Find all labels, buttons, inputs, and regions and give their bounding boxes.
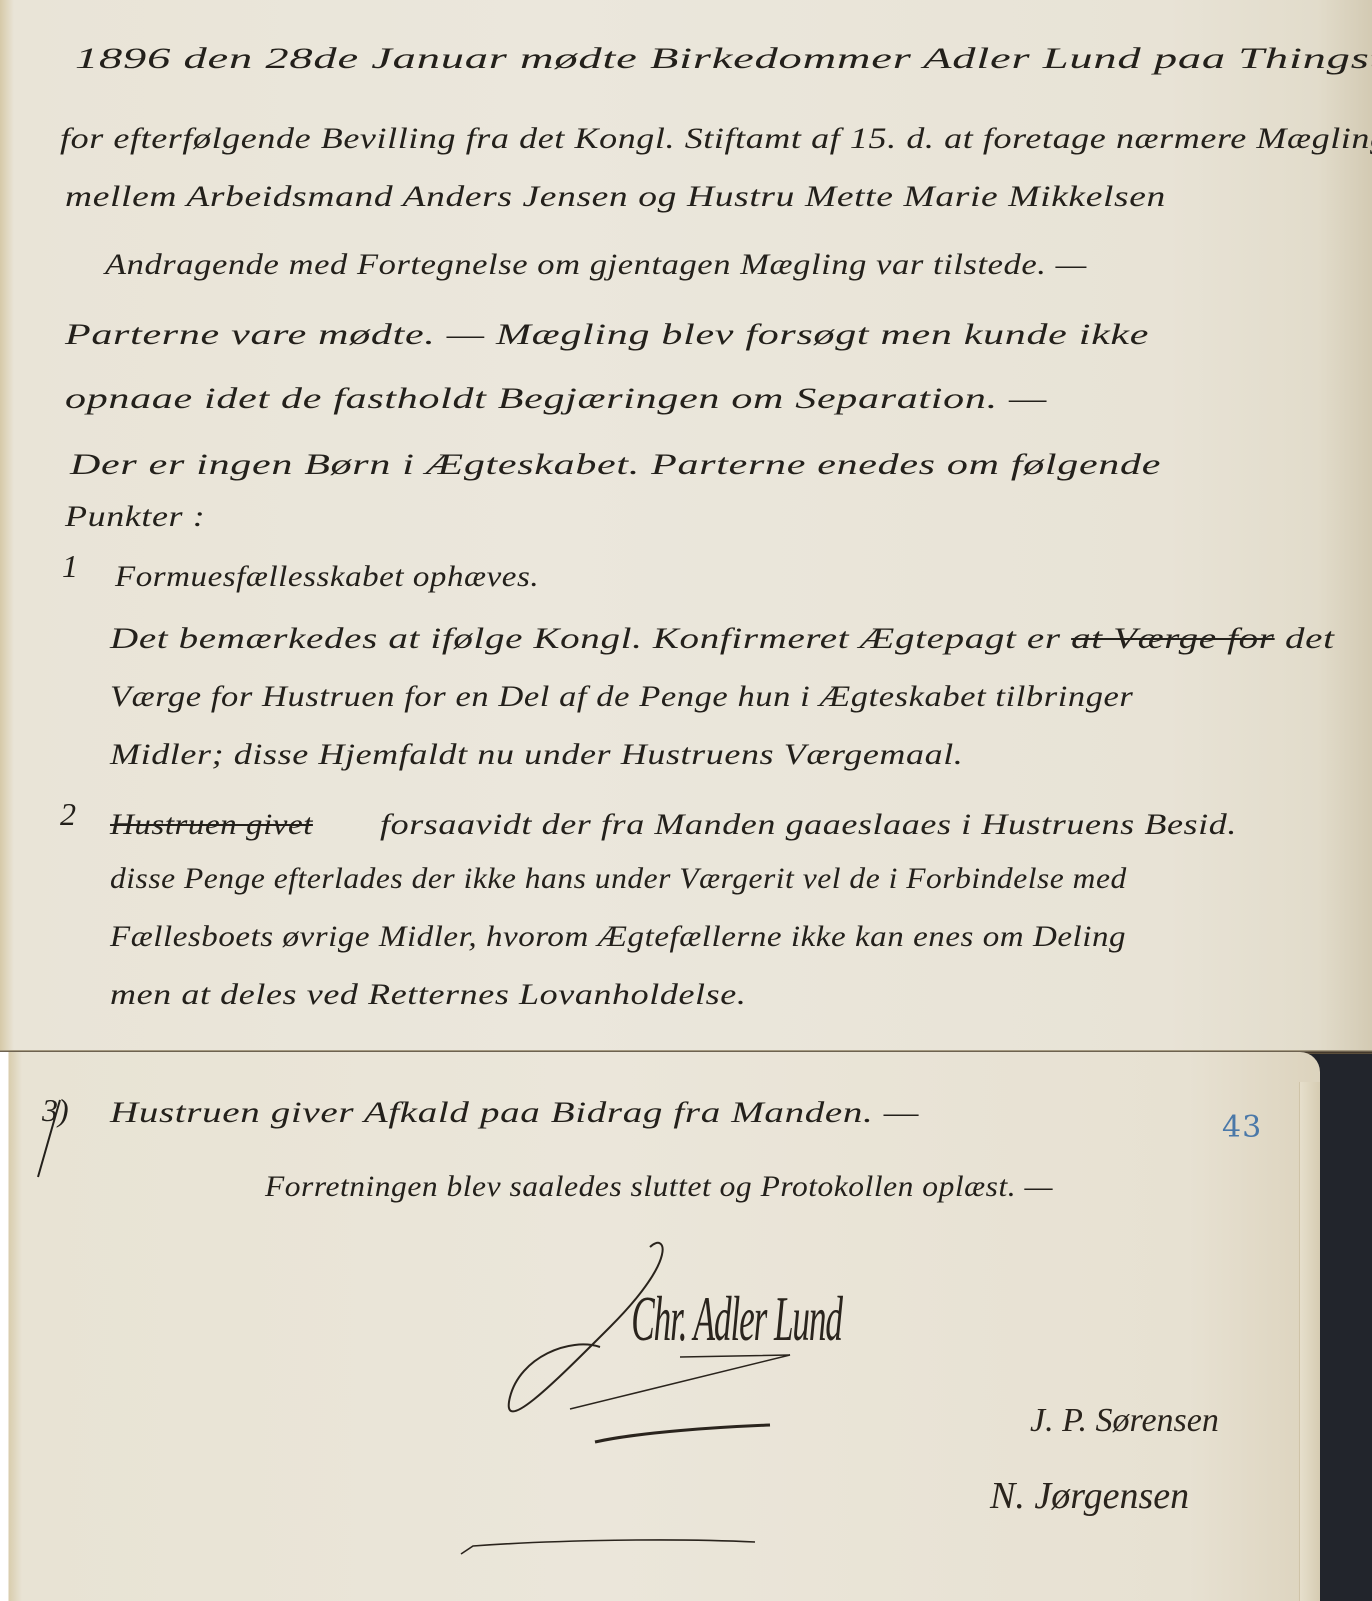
page-number-stamp: 43 — [1222, 1110, 1262, 1145]
margin-item-number-1: 1 — [62, 548, 78, 585]
signature-n-jorgensen: N. Jørgensen — [990, 1474, 1189, 1518]
margin-item-number-2: 2 — [60, 796, 76, 833]
handwritten-line-6: opnaae idet de fastholdt Begjæringen om … — [65, 382, 1047, 416]
handwritten-line-11: Værge for Hustruen for en Del af de Peng… — [110, 680, 1133, 714]
closing-line-flourish — [455, 1522, 775, 1562]
handwritten-line-1: 1896 den 28de Januar mødte Birkedommer A… — [75, 42, 1372, 76]
handwritten-line-10: Det bemærkedes at ifølge Kongl. Konfirme… — [110, 622, 1335, 656]
handwritten-line-3: mellem Arbeidsmand Anders Jensen og Hust… — [65, 180, 1166, 214]
signature-j-p-sorensen: J. P. Sørensen — [1030, 1402, 1219, 1440]
handwritten-line-9: Formuesfællesskabet ophæves. — [115, 560, 539, 594]
scan-background — [1320, 1054, 1372, 1601]
handwritten-line-16: men at deles ved Retternes Lovanholdelse… — [110, 978, 746, 1012]
handwritten-line-15: Fællesboets øvrige Midler, hvorom Ægtefæ… — [110, 920, 1126, 954]
handwritten-line-14: disse Penge efterlades der ikke hans und… — [110, 862, 1127, 896]
document-page-bottom: 43 3) Hustruen giver Afkald paa Bidrag f… — [0, 1052, 1320, 1601]
handwritten-line-12: Midler; disse Hjemfaldt nu under Hustrue… — [110, 738, 963, 772]
handwritten-line-4: Andragende med Fortegnelse om gjentagen … — [105, 248, 1087, 282]
line-10-text: Det bemærkedes at ifølge Kongl. Konfirme… — [110, 622, 1061, 655]
handwritten-line-18: Forretningen blev saaledes sluttet og Pr… — [265, 1170, 1053, 1204]
handwritten-line-7: Der er ingen Børn i Ægteskabet. Parterne… — [70, 448, 1161, 482]
handwritten-line-2: for efterfølgende Bevilling fra det Kong… — [60, 122, 1372, 156]
struck-text: at Værge for — [1071, 622, 1275, 655]
signature-chr-adler-lund: Chr. Adler Lund — [631, 1282, 842, 1356]
document-page-top: 1 2 1896 den 28de Januar mødte Birkedomm… — [0, 0, 1372, 1052]
margin-item-number-3: 3) — [42, 1092, 69, 1129]
struck-text-item-2: Hustruen givet — [110, 808, 313, 842]
handwritten-line-8: Punkter : — [65, 500, 205, 534]
handwritten-line-13: forsaavidt der fra Manden gaaeslaaes i H… — [380, 808, 1237, 842]
line-10-end: det — [1285, 622, 1335, 655]
handwritten-line-5: Parterne vare mødte. — Mægling blev fors… — [65, 318, 1149, 352]
handwritten-line-17: Hustruen giver Afkald paa Bidrag fra Man… — [110, 1096, 919, 1130]
